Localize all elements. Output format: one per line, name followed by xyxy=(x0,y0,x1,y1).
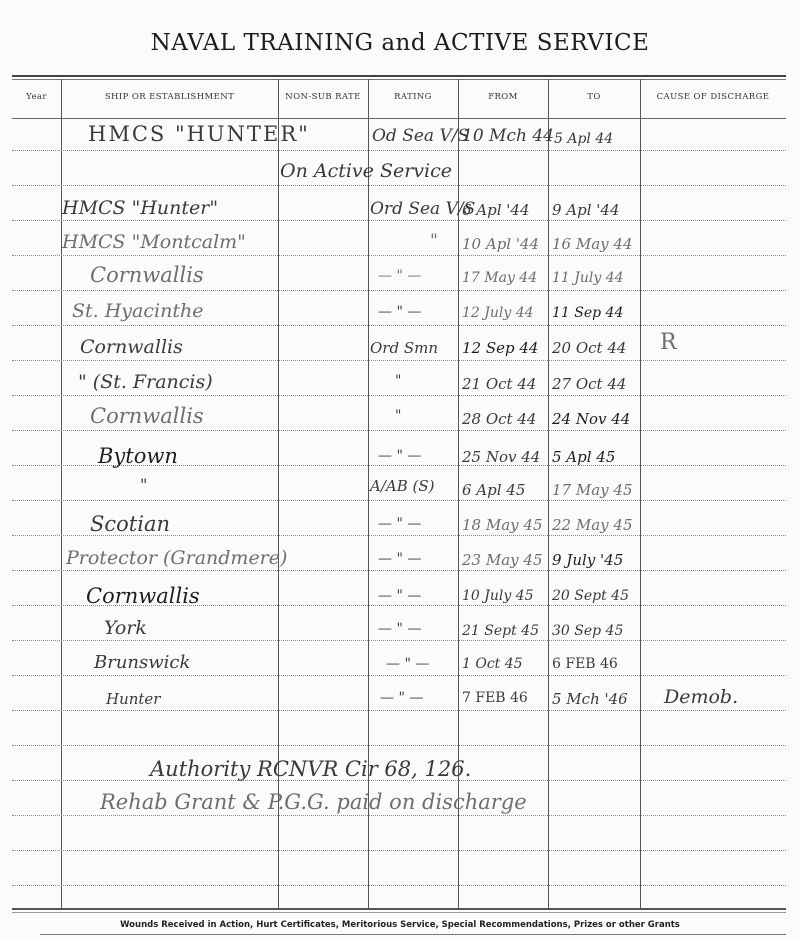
entry-rating: " xyxy=(395,373,401,389)
row-rule xyxy=(12,675,786,676)
row-rule xyxy=(12,430,786,431)
row-rule xyxy=(12,640,786,641)
entry-to: 5 Apl 44 xyxy=(554,131,613,147)
entry-note: On Active Service xyxy=(280,160,452,182)
column-header-ship: SHIP OR ESTABLISHMENT xyxy=(61,92,278,102)
entry-ship: Cornwallis xyxy=(86,584,200,608)
entry-to: 17 May 45 xyxy=(552,481,633,499)
entry-to: 6 FEB 46 xyxy=(552,656,618,672)
column-header-year: Year xyxy=(12,92,61,102)
column-header-to: TO xyxy=(548,92,640,102)
entry-ship: Bytown xyxy=(98,444,178,468)
column-header-cause: CAUSE OF DISCHARGE xyxy=(640,92,786,102)
entry-ship: HMCS "Hunter" xyxy=(62,197,218,219)
entry-cause: Demob. xyxy=(664,686,738,708)
entry-from: 17 May 44 xyxy=(462,270,537,286)
entry-to: 16 May 44 xyxy=(552,235,633,253)
row-rule xyxy=(12,220,786,221)
column-header-non-sub-rate: NON-SUB RATE xyxy=(278,92,368,102)
entry-from: 18 May 45 xyxy=(462,516,543,534)
entry-rating: — " — xyxy=(378,448,421,464)
form-title: NAVAL TRAINING and ACTIVE SERVICE xyxy=(0,30,800,56)
column-divider xyxy=(368,79,369,909)
entry-from: 10 Apl '44 xyxy=(462,235,539,253)
row-rule xyxy=(12,290,786,291)
entry-to: 5 Mch '46 xyxy=(552,690,628,708)
entry-to: 9 July '45 xyxy=(552,551,623,569)
entry-rating: — " — xyxy=(380,690,423,706)
entry-ship: HMCS "HUNTER" xyxy=(88,122,310,146)
remark-authority: Authority RCNVR Cir 68, 126. xyxy=(150,757,471,781)
row-rule xyxy=(12,185,786,186)
bottom-rule xyxy=(12,908,786,913)
row-rule xyxy=(12,885,786,886)
entry-from: 10 Mch 44 xyxy=(462,126,554,146)
entry-from: 28 Oct 44 xyxy=(462,410,536,428)
column-header-rating: RATING xyxy=(368,92,458,102)
row-rule xyxy=(12,815,786,816)
entry-from: 25 Nov 44 xyxy=(462,448,540,466)
entry-rating: — " — xyxy=(378,551,421,567)
row-rule xyxy=(12,850,786,851)
row-rule xyxy=(12,710,786,711)
entry-ship: Protector (Grandmere) xyxy=(66,547,287,569)
entry-rating: " xyxy=(395,408,401,424)
entry-to: 11 Sep 44 xyxy=(552,305,623,321)
entry-ship: HMCS "Montcalm" xyxy=(62,231,246,253)
entry-rating: Ord Smn xyxy=(370,339,438,357)
entry-to: 9 Apl '44 xyxy=(552,201,620,219)
entry-to: 20 Sept 45 xyxy=(552,588,629,604)
row-rule xyxy=(12,360,786,361)
header-rule xyxy=(12,118,786,119)
footer-section-heading: Wounds Received in Action, Hurt Certific… xyxy=(0,920,800,930)
entry-from: 6 Apl 45 xyxy=(462,481,525,499)
column-divider xyxy=(548,79,549,909)
column-header-from: FROM xyxy=(458,92,548,102)
entry-rating: A/AB (S) xyxy=(370,477,435,495)
entry-from: 6 Apl '44 xyxy=(462,201,530,219)
row-rule xyxy=(12,570,786,571)
entry-ship: Cornwallis xyxy=(90,404,204,428)
entry-rating: — " — xyxy=(378,516,421,532)
remark-rehab-grant: Rehab Grant & P.G.G. paid on discharge xyxy=(100,790,527,814)
entry-rating: — " — xyxy=(378,588,421,604)
entry-from: 1 Oct 45 xyxy=(462,656,523,672)
row-rule xyxy=(12,745,786,746)
entry-ship: Scotian xyxy=(90,512,170,536)
entry-ship: Cornwallis xyxy=(80,336,183,358)
top-rule xyxy=(12,75,786,80)
entry-ship: Cornwallis xyxy=(90,263,204,287)
entry-to: 20 Oct 44 xyxy=(552,339,626,357)
entry-to: 22 May 45 xyxy=(552,516,633,534)
entry-from: 12 July 44 xyxy=(462,305,534,321)
entry-rating: Ord Sea V/S xyxy=(370,199,475,219)
row-rule xyxy=(12,500,786,501)
entry-ship: St. Hyacinthe xyxy=(72,300,203,322)
row-rule xyxy=(12,150,786,151)
entry-from: 21 Oct 44 xyxy=(462,375,536,393)
entry-rating: — " — xyxy=(378,268,421,284)
entry-ship: York xyxy=(104,617,147,639)
entry-to: 5 Apl 45 xyxy=(552,448,615,466)
entry-rating: — " — xyxy=(386,656,429,672)
entry-from: 12 Sep 44 xyxy=(462,339,538,357)
footer-rule xyxy=(40,934,786,935)
entry-rating: — " — xyxy=(378,621,421,637)
entry-ship: Hunter xyxy=(106,690,160,708)
entry-ship: Brunswick xyxy=(94,652,190,673)
column-divider xyxy=(278,79,279,909)
entry-rating: — " — xyxy=(378,304,421,320)
entry-rating: " xyxy=(430,231,438,251)
entry-cause: R xyxy=(660,330,677,355)
entry-to: 24 Nov 44 xyxy=(552,410,630,428)
entry-ship: " (St. Francis) xyxy=(78,371,213,393)
column-divider xyxy=(640,79,641,909)
entry-rating: Od Sea V/S xyxy=(372,126,469,146)
entry-ship: " xyxy=(140,475,147,494)
entry-to: 11 July 44 xyxy=(552,270,624,286)
entry-from: 7 FEB 46 xyxy=(462,690,528,706)
entry-from: 23 May 45 xyxy=(462,551,543,569)
entry-to: 27 Oct 44 xyxy=(552,375,626,393)
row-rule xyxy=(12,395,786,396)
entry-to: 30 Sep 45 xyxy=(552,623,623,639)
row-rule xyxy=(12,255,786,256)
entry-from: 10 July 45 xyxy=(462,588,534,604)
entry-from: 21 Sept 45 xyxy=(462,623,539,639)
row-rule xyxy=(12,325,786,326)
